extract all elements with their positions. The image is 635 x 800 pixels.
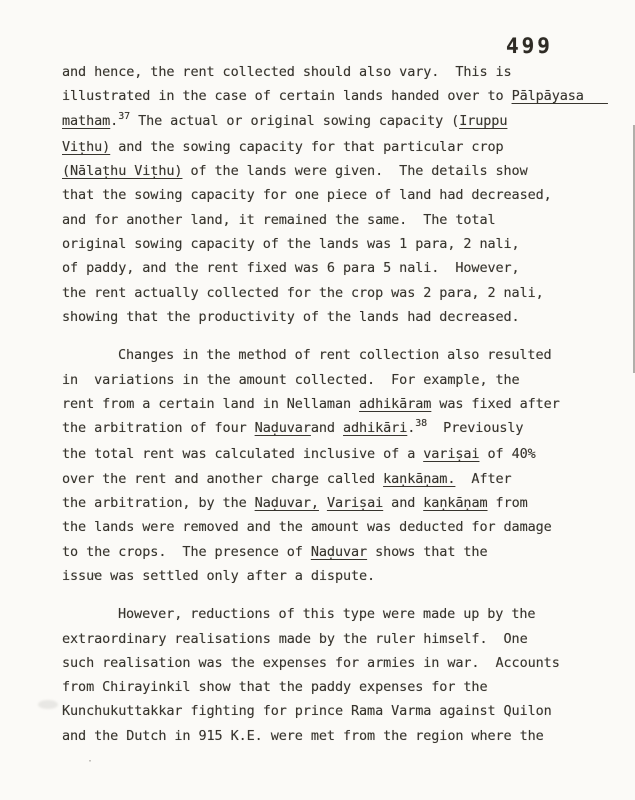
text-segment: . [110,113,118,129]
text-line: showing that the productivity of the lan… [62,305,592,329]
text-segment: to the crops. The presence of [62,544,311,560]
text-line: in variations in the amount collected. F… [62,368,592,392]
scan-artifact-mark: ’ [91,571,98,584]
text-line: to the crops. The presence of Naḍuvar sh… [62,540,592,564]
scan-artifact-smudge [38,700,58,709]
text-line: illustrated in the case of certain lands… [62,84,592,108]
text-line: issue was settled only after a dispute. [62,564,592,588]
underlined-term: variṣai [423,446,479,462]
text-segment: shows that the [367,544,487,560]
underlined-term: kaṇkāṇam [423,495,487,511]
underlined-term: kaṇkāṇam. [383,471,455,487]
text-segment: over the rent and another charge called [62,471,383,487]
text-segment: After [455,471,511,487]
text-segment: the total rent was calculated inclusive … [62,446,423,462]
footnote-marker: 37 [118,111,130,122]
text-line: extraordinary realisations made by the r… [62,627,592,651]
text-segment: and [383,495,423,511]
text-line: Viṭhu) and the sowing capacity for that … [62,135,592,159]
text-segment: and [311,420,343,436]
underlined-term: adhikāram [359,396,431,412]
underlined-term: Viṭhu) [62,139,110,155]
text-segment: from [488,495,528,511]
text-line: (Nālaṭhu Viṭhu) of the lands were given.… [62,159,592,183]
text-segment: illustrated in the case of certain lands… [62,88,512,104]
text-segment: the arbitration, by the [62,495,255,511]
text-line: the lands were removed and the amount wa… [62,515,592,539]
text-line: the total rent was calculated inclusive … [62,442,592,466]
text-segment: issue was settled only after a dispute. [62,568,375,584]
text-segment: from Chirayinkil show that the paddy exp… [62,679,487,695]
underlined-term: Pālpāyasa [512,88,608,104]
underlined-term: Variṣai [327,495,383,511]
text-segment: and for another land, it remained the sa… [62,212,496,228]
text-line: from Chirayinkil show that the paddy exp… [62,675,592,699]
text-line: original sowing capacity of the lands wa… [62,232,592,256]
underlined-term: Iruppu [459,113,507,129]
text-line: and hence, the rent collected should als… [62,60,592,84]
underlined-term: adhikāri [343,420,407,436]
text-segment: of 40% [479,446,535,462]
text-segment: the rent actually collected for the crop… [62,285,544,301]
text-segment: and the sowing capacity for that particu… [110,139,503,155]
text-line: such realisation was the expenses for ar… [62,651,592,675]
scan-artifact-mark: · [87,756,93,767]
text-segment: showing that the productivity of the lan… [62,309,520,325]
text-segment: The actual or original sowing capacity ( [130,113,459,129]
text-line: and the Dutch in 915 K.E. were met from … [62,724,592,748]
text-line: the arbitration, by the Naḍuvar, Variṣai… [62,491,592,515]
text-segment: in variations in the amount collected. F… [62,372,520,388]
text-segment: was fixed after [431,396,559,412]
text-line: the arbitration of four Naḍuvarand adhik… [62,416,592,442]
underlined-term: Naḍuvar [255,420,311,436]
text-segment: the lands were removed and the amount wa… [62,519,552,535]
underlined-term: Naḍuvar, [255,495,319,511]
paragraph: However, reductions of this type were ma… [62,602,592,748]
text-segment: However, reductions of this type were ma… [118,606,535,622]
text-line: of paddy, and the rent fixed was 6 para … [62,256,592,280]
underlined-term: (Nālaṭhu Viṭhu) [62,163,182,179]
text-segment: extraordinary realisations made by the r… [62,631,528,647]
footnote-marker: 38 [415,418,427,429]
text-segment: and the Dutch in 915 K.E. were met from … [62,728,544,744]
text-line: matham.37 The actual or original sowing … [62,109,592,135]
paragraph: Changes in the method of rent collection… [62,343,592,588]
text-line: that the sowing capacity for one piece o… [62,183,592,207]
body-text: and hence, the rent collected should als… [62,60,592,748]
text-segment: the arbitration of four [62,420,255,436]
text-line: over the rent and another charge called … [62,467,592,491]
underlined-term: matham [62,113,110,129]
text-line: rent from a certain land in Nellaman adh… [62,392,592,416]
paragraph: and hence, the rent collected should als… [62,60,592,329]
text-segment: of paddy, and the rent fixed was 6 para … [62,260,520,276]
text-segment: Changes in the method of rent collection… [118,347,552,363]
text-line: Kunchukuttakkar fighting for prince Rama… [62,699,592,723]
text-segment: rent from a certain land in Nellaman [62,396,359,412]
text-segment: such realisation was the expenses for ar… [62,655,560,671]
text-line: However, reductions of this type were ma… [62,602,592,626]
text-line: Changes in the method of rent collection… [62,343,592,367]
scanned-page: 499 and hence, the rent collected should… [0,0,635,800]
page-number: 499 [506,34,553,58]
text-segment: and hence, the rent collected should als… [62,64,512,80]
text-segment: of the lands were given. The details sho… [182,163,527,179]
text-segment: that the sowing capacity for one piece o… [62,187,552,203]
text-segment: original sowing capacity of the lands wa… [62,236,520,252]
text-line: the rent actually collected for the crop… [62,281,592,305]
text-segment [319,495,327,511]
text-segment: Previously [427,420,523,436]
text-segment: Kunchukuttakkar fighting for prince Rama… [62,703,552,719]
underlined-term: Naḍuvar [311,544,367,560]
text-line: and for another land, it remained the sa… [62,208,592,232]
